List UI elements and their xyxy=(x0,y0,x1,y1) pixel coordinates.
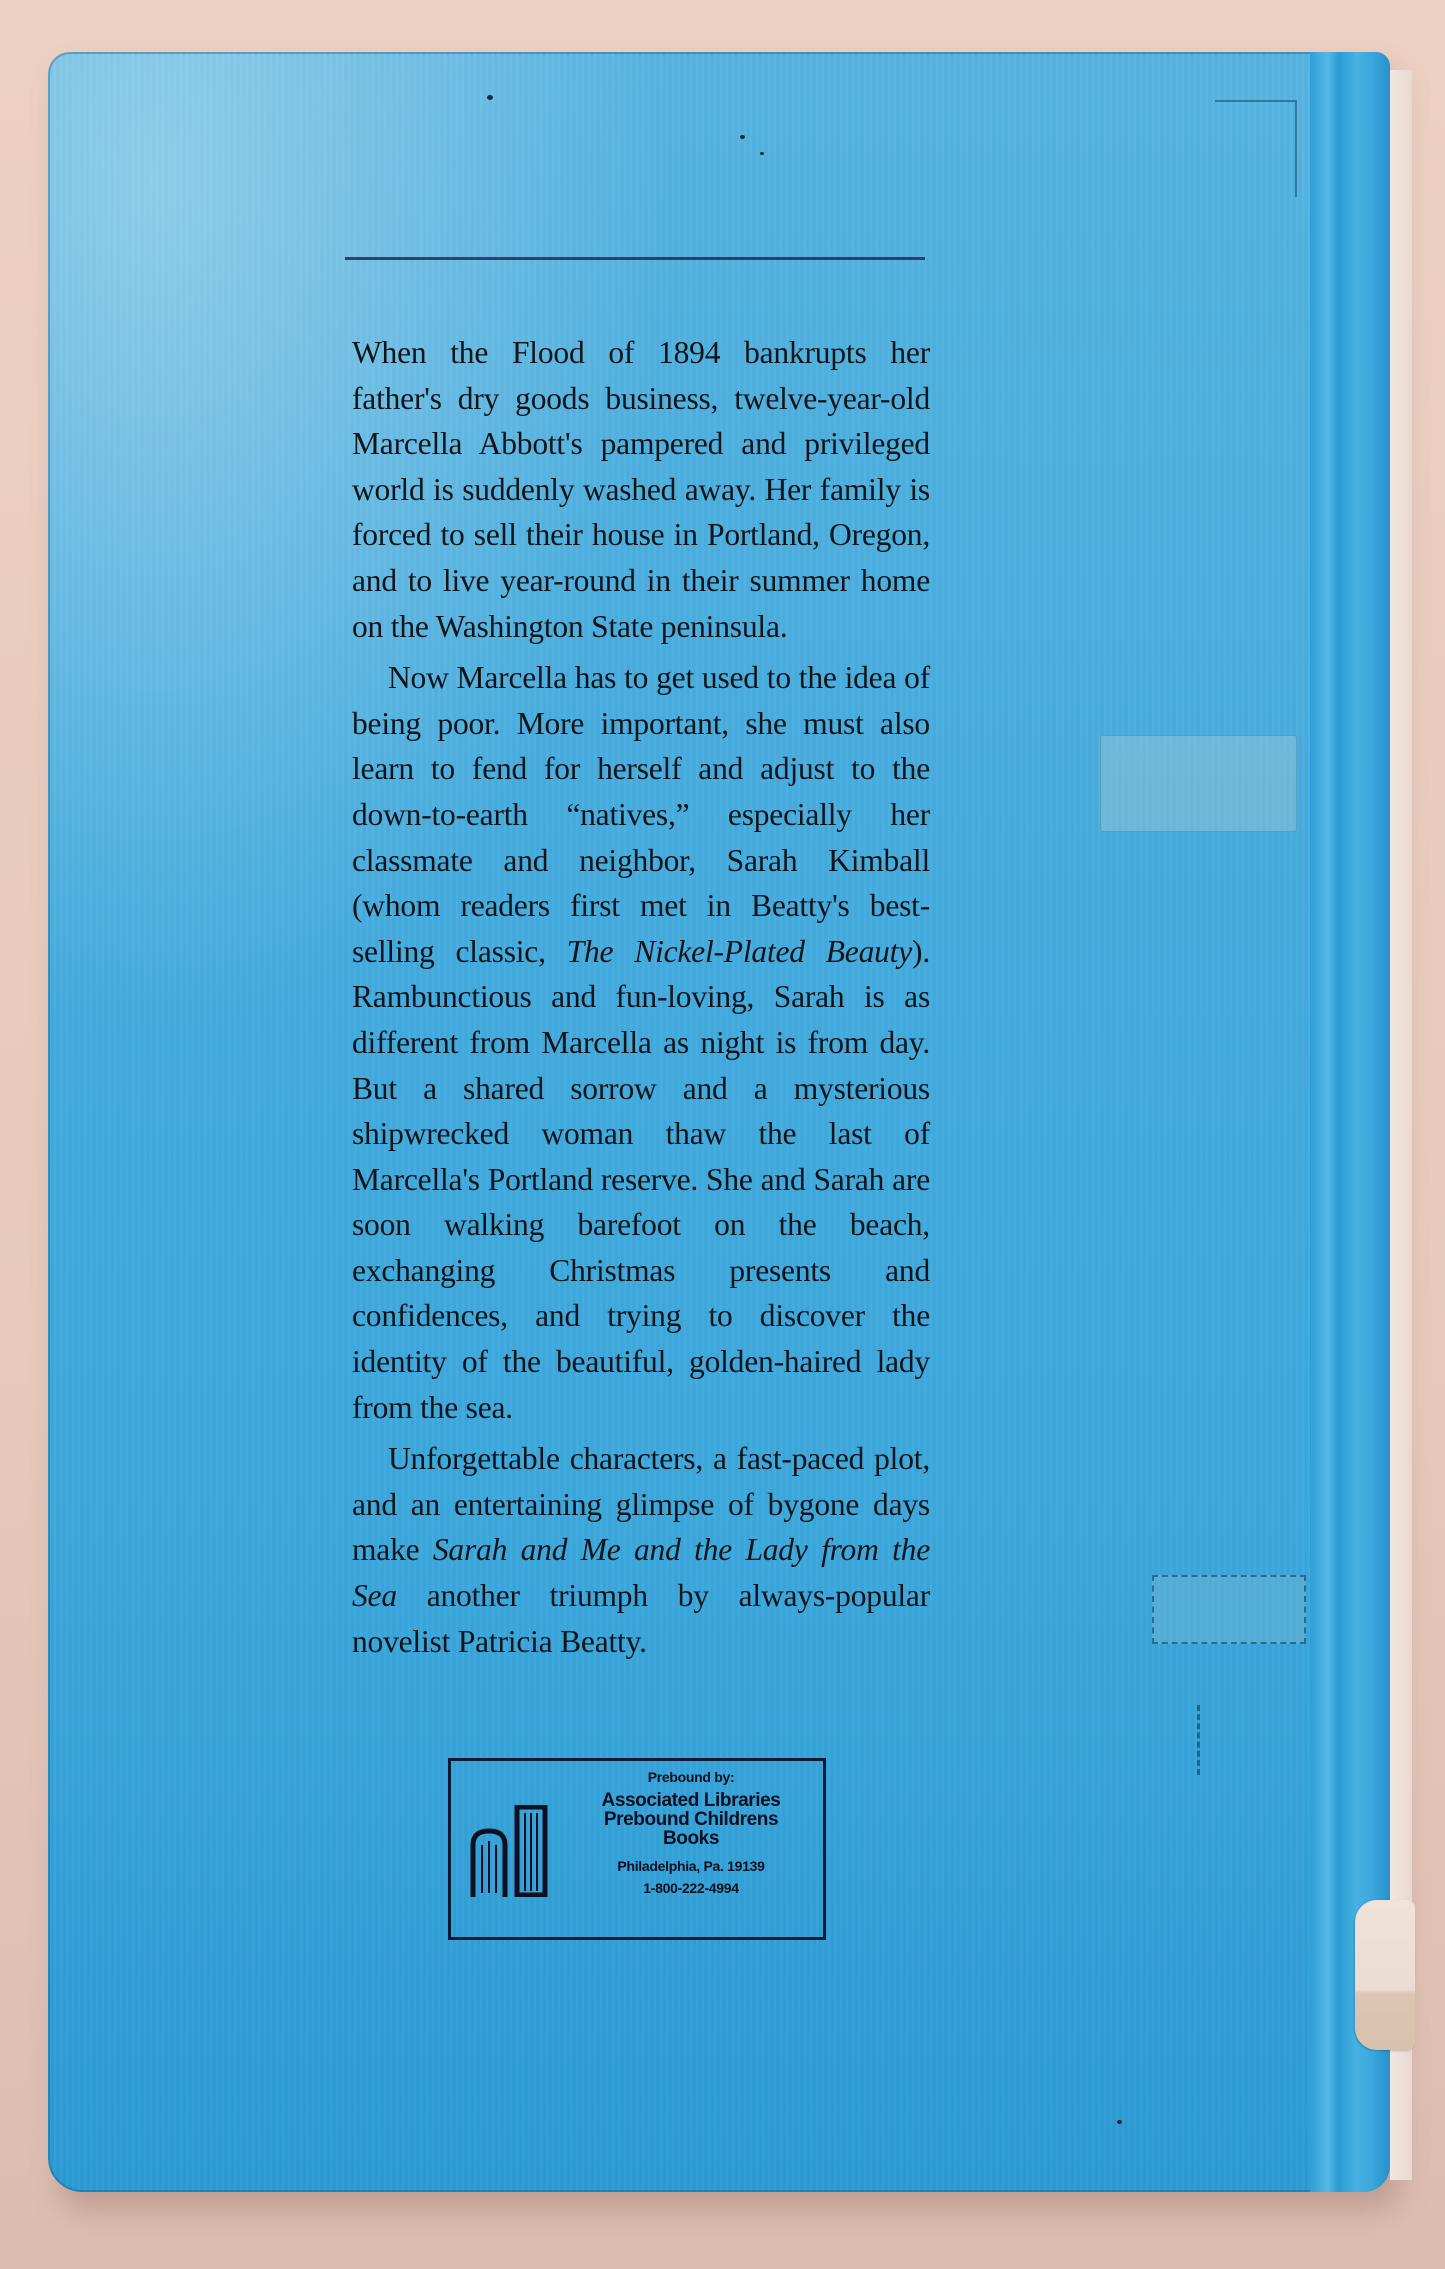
speck xyxy=(760,152,764,155)
book-spines-logo-icon xyxy=(469,1805,549,1897)
blurb-paragraph-2: Now Marcella has to get used to the idea… xyxy=(352,655,930,1430)
back-cover-blurb: When the Flood of 1894 bankrupts her fat… xyxy=(352,330,930,1670)
stamp-company-line3: Books xyxy=(561,1829,821,1848)
tape-residue-top xyxy=(1215,100,1297,197)
stamp-company-line1: Associated Libraries xyxy=(561,1791,821,1810)
book-spine xyxy=(1310,52,1390,2192)
blurb-paragraph-3: Unforgettable characters, a fast-paced p… xyxy=(352,1436,930,1664)
torn-label-residue-tail xyxy=(1197,1705,1230,1775)
stamp-company-line2: Prebound Childrens xyxy=(561,1810,821,1829)
blurb-text: When the Flood of 1894 bankrupts her fat… xyxy=(352,335,930,644)
tape-patch xyxy=(1100,735,1297,832)
speck xyxy=(1117,2120,1122,2124)
book-title-italic: The Nickel-Plated Beauty xyxy=(567,934,912,969)
library-label-tab xyxy=(1355,1900,1415,2050)
stamp-heading: Prebound by: xyxy=(561,1769,821,1785)
speck xyxy=(740,135,745,139)
blurb-text: ). Rambunctious and fun-loving, Sarah is… xyxy=(352,934,930,1425)
page-edge xyxy=(1390,70,1412,2180)
stamp-phone: 1-800-222-4994 xyxy=(561,1880,821,1896)
speck xyxy=(487,95,493,100)
torn-label-residue xyxy=(1152,1575,1306,1644)
stamp-city: Philadelphia, Pa. 19139 xyxy=(561,1858,821,1874)
blurb-text: another triumph by always-popular noveli… xyxy=(352,1578,930,1659)
blurb-text: Now Marcella has to get used to the idea… xyxy=(352,660,930,969)
top-divider-rule xyxy=(345,257,925,260)
blurb-paragraph-1: When the Flood of 1894 bankrupts her fat… xyxy=(352,330,930,649)
stamp-text: Prebound by: Associated Libraries Prebou… xyxy=(561,1769,821,1896)
prebound-stamp: Prebound by: Associated Libraries Prebou… xyxy=(448,1758,826,1940)
